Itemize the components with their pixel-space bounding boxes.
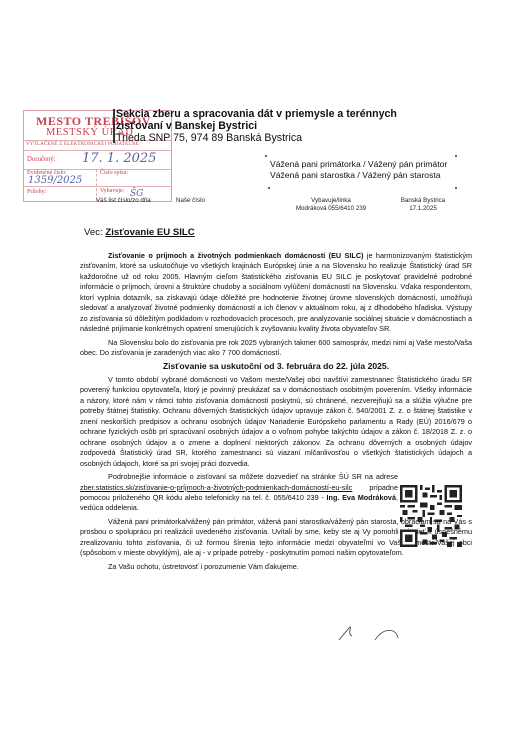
subject-label: Vec: bbox=[84, 227, 103, 238]
address-window-mark bbox=[268, 187, 270, 189]
survey-name: Zisťovanie o príjmoch a životných podmie… bbox=[108, 251, 363, 260]
address-window-mark bbox=[265, 155, 267, 157]
sender-block: Sekcia zberu a spracovania dát v priemys… bbox=[116, 108, 397, 144]
recipient-line-2: Vážená pani starostka / Vážený pán staro… bbox=[270, 170, 447, 181]
more-info-text: Podrobnejšie informácie o zisťovaní sa m… bbox=[108, 472, 398, 481]
signature-icon bbox=[335, 622, 415, 642]
stamp-reg-value: 1359/2025 bbox=[28, 175, 82, 186]
handled-by-label: Vybavuje/linka bbox=[286, 197, 376, 205]
paragraph-privacy-text: V tomto období vybrané domácnosti vo Vaš… bbox=[80, 375, 472, 468]
paragraph-intro-text: je harmonizovaným štatistickým zisťovaní… bbox=[80, 251, 472, 333]
your-letter-label: Váš list číslo/zo dňa bbox=[96, 197, 151, 205]
recipient-block: Vážená pani primátorka / Vážený pán prim… bbox=[270, 159, 447, 181]
paragraph-more-info: Podrobnejšie informácie o zisťovaní sa m… bbox=[80, 472, 398, 514]
survey-info-link[interactable]: zber.statistics.sk/zisťovanie-o-príjmoch… bbox=[80, 483, 352, 492]
stamp-handler-label: Vybavuje: bbox=[100, 188, 124, 194]
survey-dates-heading: Zisťovanie sa uskutoční od 3. februára d… bbox=[80, 361, 472, 371]
handled-by-value: Modráková 055/6410 239 bbox=[286, 205, 376, 213]
paragraph-privacy: V tomto období vybrané domácnosti vo Vaš… bbox=[80, 375, 472, 469]
stamp-received-value: 17. 1. 2025 bbox=[82, 151, 156, 166]
paragraph-thanks: Za Vašu ochotu, ústretovosť i porozumeni… bbox=[80, 562, 472, 572]
contact-name: Ing. Eva Modráková bbox=[327, 493, 396, 502]
date: 17.1.2025 bbox=[388, 205, 458, 213]
paragraph-intro: Zisťovanie o príjmoch a životných podmie… bbox=[80, 251, 472, 335]
stamp-divider bbox=[24, 186, 171, 187]
paragraph-selection: Na Slovensku bolo do zisťovania pre rok … bbox=[80, 338, 472, 359]
place: Banská Bystrica bbox=[388, 197, 458, 205]
stamp-attachments-label: Prílohy: bbox=[27, 189, 46, 195]
stamp-file-label: Číslo spisu: bbox=[100, 170, 128, 176]
qr-code-icon bbox=[400, 485, 462, 547]
sender-line-2: zisťovaní v Banskej Bystrici bbox=[116, 120, 397, 132]
subject-line: Vec: Zisťovanie EU SILC bbox=[84, 227, 195, 238]
recipient-line-1: Vážená pani primátorka / Vážený pán prim… bbox=[270, 159, 447, 170]
handled-by: Vybavuje/linka Modráková 055/6410 239 bbox=[286, 197, 376, 213]
subject-topic: Zisťovanie EU SILC bbox=[105, 227, 194, 238]
place-date: Banská Bystrica 17.1.2025 bbox=[388, 197, 458, 213]
sender-divider-bar bbox=[113, 109, 115, 143]
stamp-received-label: Doručený: bbox=[27, 156, 56, 163]
address-window-mark bbox=[455, 155, 457, 157]
our-number-label: Naše číslo bbox=[176, 197, 205, 205]
sender-address: Trieda SNP 75, 974 89 Banská Bystrica bbox=[116, 132, 397, 144]
address-window-mark bbox=[455, 187, 457, 189]
sender-line-1: Sekcia zberu a spracovania dát v priemys… bbox=[116, 108, 397, 120]
